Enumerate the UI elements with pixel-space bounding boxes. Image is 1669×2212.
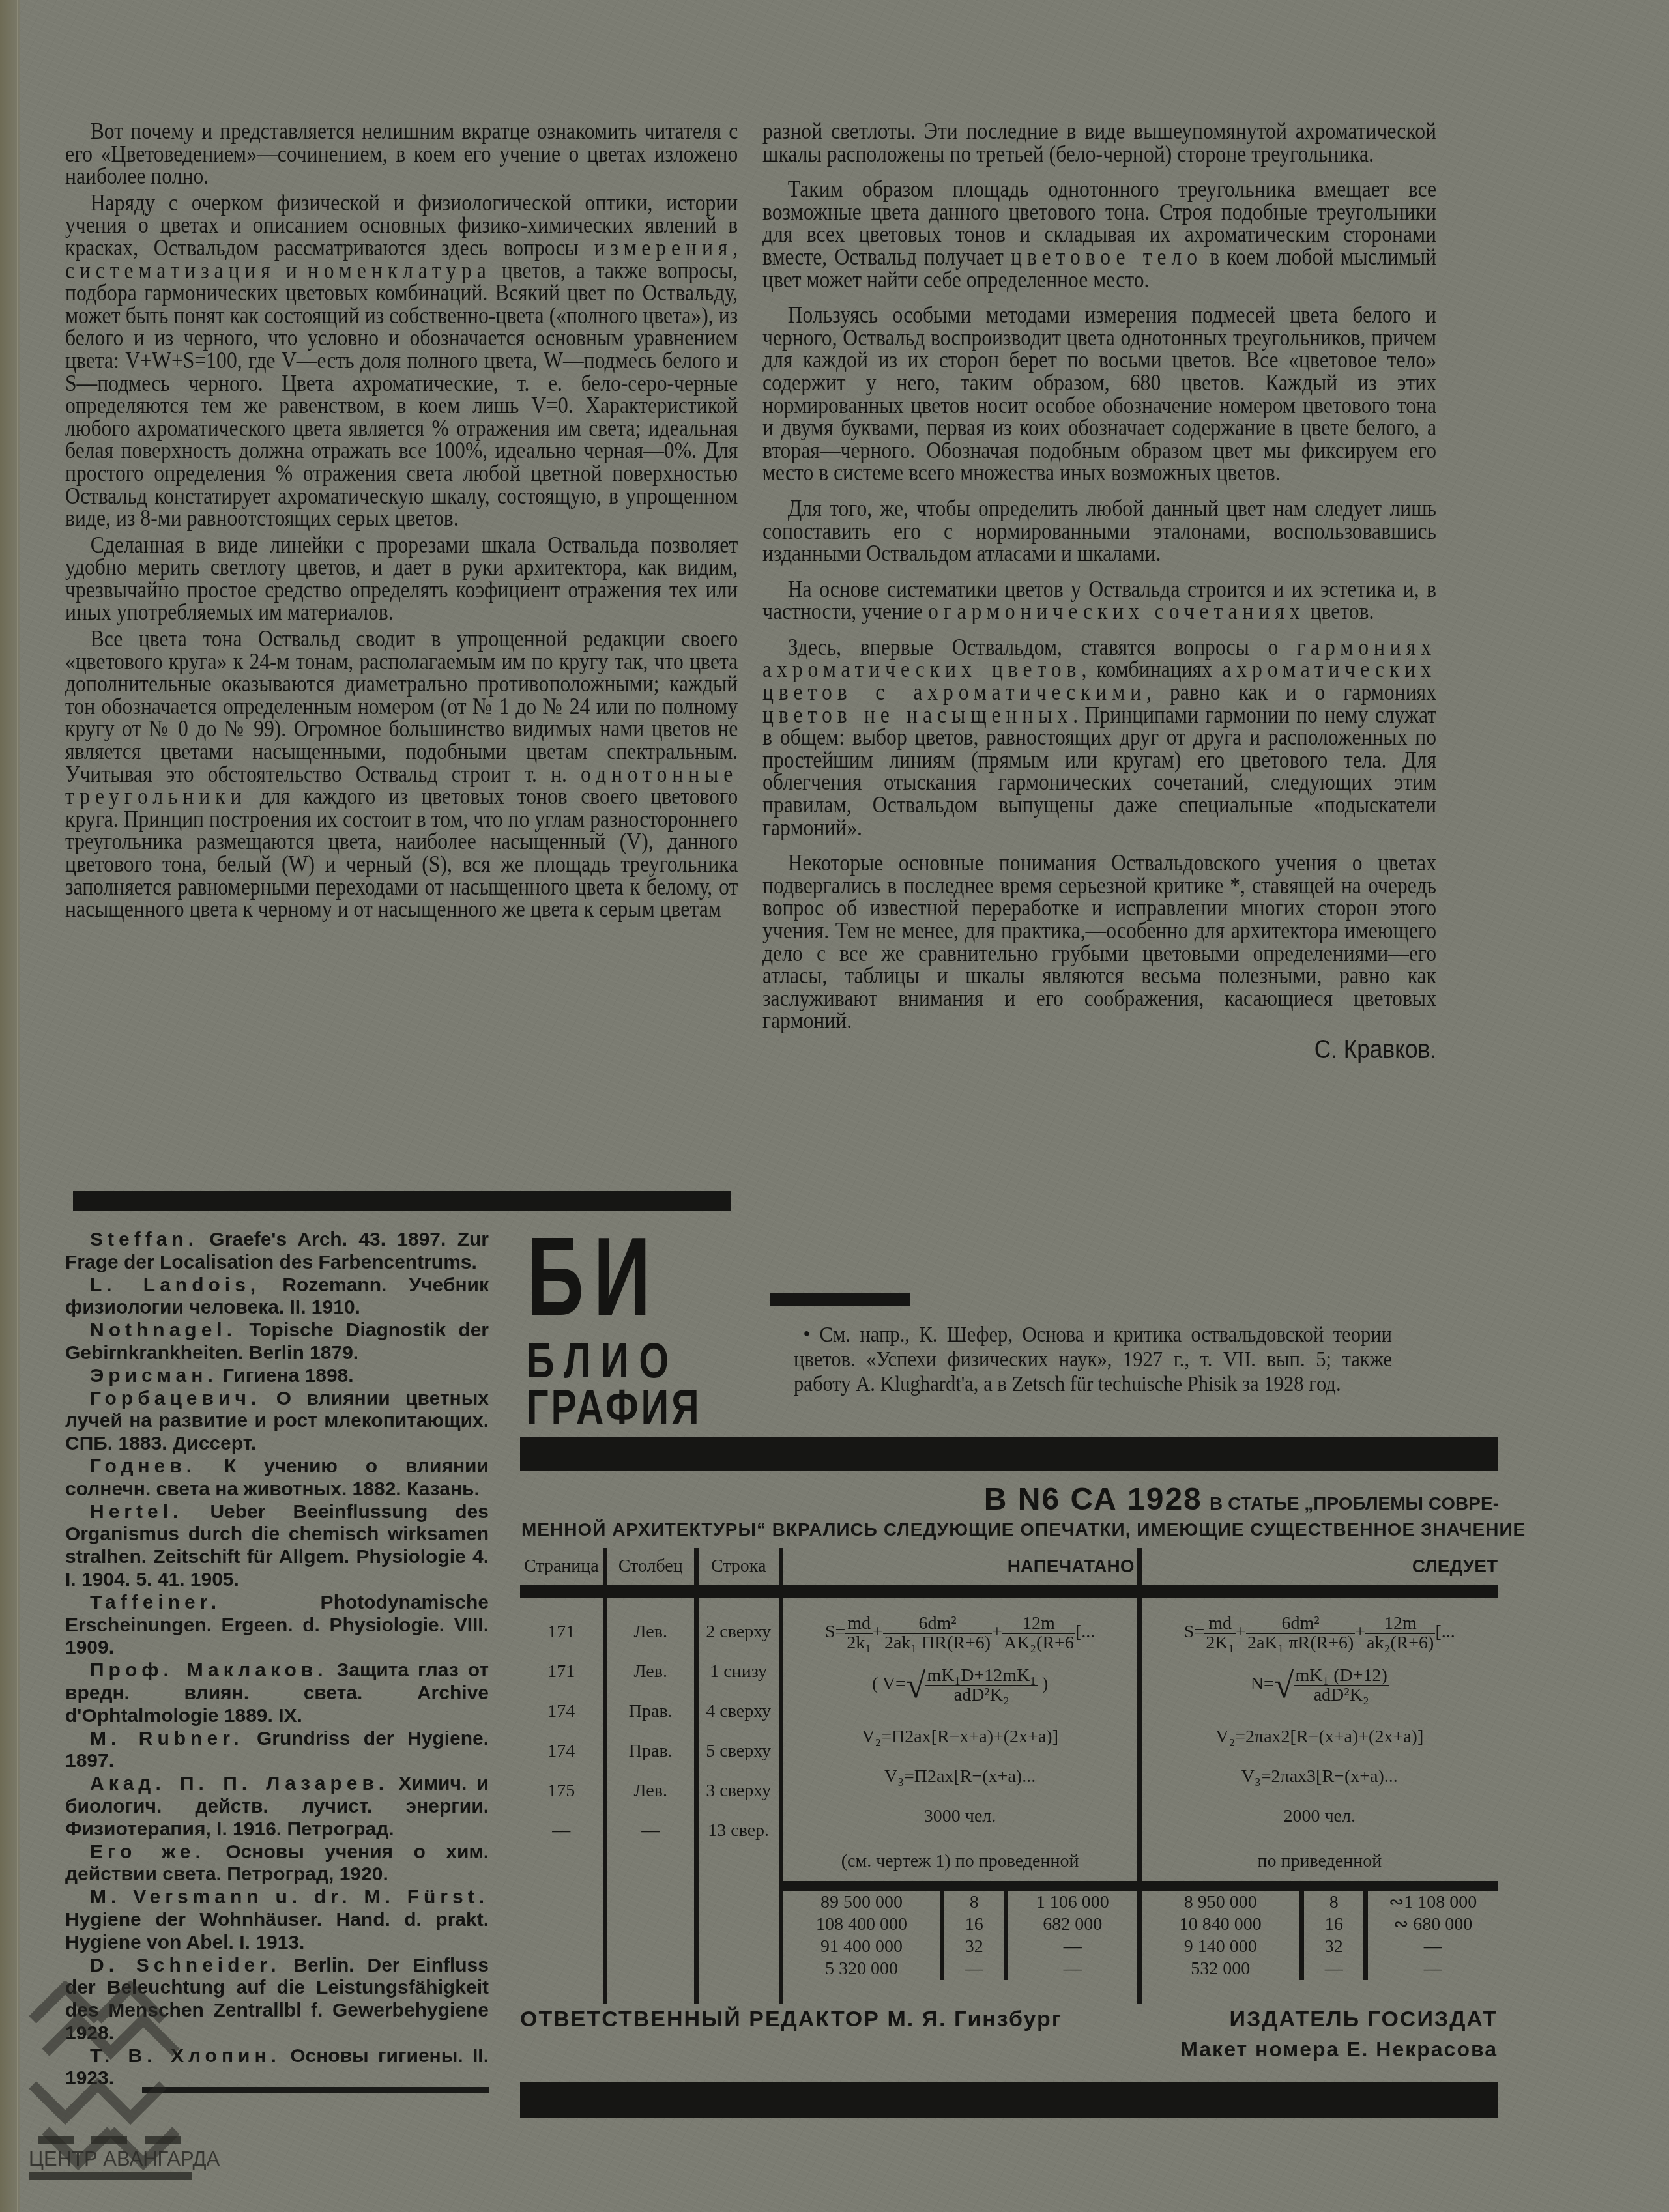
number-column: 89 500 000108 400 00091 400 0005 320 000 [783, 1891, 942, 1980]
errata-header-row: Страница Столбец Строка НАПЕЧАТАНО СЛЕДУ… [520, 1548, 1498, 1585]
number-value: 16 [947, 1914, 1001, 1936]
fraction: mK₁ (D+12)adD²K₂ [1294, 1667, 1388, 1704]
fraction: mK₁D+12mK₁adD²K₂ [925, 1667, 1038, 1704]
formula-v3: V₃=2πax3[R−(x+a)... [1144, 1757, 1495, 1796]
paragraph: разной светлоты. Эти последние в виде вы… [762, 120, 1436, 165]
bibliography-author: Nothnagel. [90, 1319, 237, 1341]
number-value: 91 400 000 [786, 1936, 938, 1958]
col-header-line: Строка [696, 1548, 781, 1585]
errata-cell-page: 171 [523, 1612, 600, 1652]
page-cells: 171171174174175— [520, 1598, 605, 1886]
bibliography-entry: L. Landois, Rozemann. Учебник физиологии… [65, 1274, 489, 1320]
bibliography-entry: Steffan. Graefe's Arch. 43. 1897. Zur Fr… [65, 1229, 489, 1274]
column-cells: Лев.Лев.Прав.Прав.Лев.— [605, 1598, 696, 1886]
credits: ОТВЕТСТВЕННЫЙ РЕДАКТОР М. Я. Гинзбург ИЗ… [520, 2007, 1498, 2061]
bibliography-entry: Годнев. К учению о влиянии солнечн. свет… [65, 1456, 489, 1501]
logo-bar-1 [38, 2136, 74, 2144]
number-value: 10 840 000 [1144, 1914, 1297, 1936]
bibliography-author: Taffeiner. [90, 1592, 221, 1613]
number-value: 8 [1307, 1891, 1361, 1914]
bibliography-author: Горбацевич. [90, 1388, 261, 1409]
spaced-emphasis: цветовое тело [1011, 244, 1202, 270]
number-value: ∾ 680 000 [1371, 1914, 1495, 1936]
author-signature: С. Кравков. [762, 1039, 1436, 1061]
formula-people: 3000 чел. [786, 1796, 1135, 1836]
formula-v3: V₃=Π2ax[R−(x+a)... [786, 1757, 1135, 1796]
errata-cell-column: Лев. [610, 1612, 691, 1652]
errata-cell-column: — [610, 1811, 691, 1850]
correct-cell: S=md2K₁+6dm²2aK₁ πR(R+6)+12mak₂(R+6)[...… [1139, 1598, 1498, 1886]
formula-note: по приведенной [1144, 1841, 1495, 1881]
paragraph: Наряду с очерком физической и физиологич… [65, 192, 738, 530]
bibliography-author: D. Schneider. [90, 1955, 281, 1976]
printed-cell: S=md2k₁+6dm²2ak₁ ΠR(R+6)+12mAK₂(R+6[...(… [781, 1598, 1139, 1886]
errata-cell-column: Прав. [610, 1731, 691, 1771]
correct-numbers: 8 950 00010 840 0009 140 000532 00081632… [1139, 1886, 1498, 2004]
editor-credit: ОТВЕТСТВЕННЫЙ РЕДАКТОР М. Я. Гинзбург [520, 2007, 1062, 2032]
col-header-page: Страница [520, 1548, 605, 1585]
divider-bar-left [73, 1191, 731, 1211]
col-header-column: Столбец [605, 1548, 696, 1585]
bibliography-entry: M. Rubner. Grundriss der Hygiene. 1897. [65, 1728, 489, 1774]
bibliography-author: Проф. Маклаков. [90, 1659, 328, 1681]
divider-bar-bottom [520, 2082, 1498, 2118]
col-header-printed: НАПЕЧАТАНО [781, 1548, 1139, 1585]
errata-cell-column: Лев. [610, 1652, 691, 1691]
fraction: 6dm²2ak₁ ΠR(R+6) [883, 1615, 992, 1652]
article-right-column: разной светлоты. Эти последние в виде вы… [762, 120, 1436, 1061]
errata-cell-page: — [523, 1811, 600, 1850]
errata-cell-page: 175 [523, 1771, 600, 1811]
errata-cell-page: 174 [523, 1691, 600, 1731]
logo-text: ЦЕНТР АВАНГАРДА [29, 2147, 220, 2171]
number-value: 532 000 [1144, 1958, 1297, 1980]
formula-s: S=md2K₁+6dm²2aK₁ πR(R+6)+12mak₂(R+6)[... [1144, 1612, 1495, 1652]
fraction: 12mak₂(R+6) [1365, 1615, 1435, 1652]
divider-bar-short [770, 1293, 910, 1306]
formula-v2: V₂=Π2ax[R−x+a)+(2x+a)] [786, 1717, 1135, 1757]
spaced-emphasis: однотонные треугольники [65, 761, 738, 810]
spaced-emphasis: измерения [594, 235, 733, 261]
paragraph: Для того, же, чтобы определить любой дан… [762, 497, 1436, 565]
spaced-emphasis: систематизация [65, 257, 276, 283]
bibliography-entry: Hertel. Ueber Beeinflussung des Organism… [65, 1501, 489, 1592]
bibliography-entry: Nothnagel. Topische Diagnostik der Gebir… [65, 1319, 489, 1365]
col-header-correct: СЛЕДУЕТ [1139, 1548, 1498, 1585]
errata-cell-line: 5 сверху [701, 1731, 776, 1771]
paragraph: Некоторые основные понимания Оствальдовс… [762, 852, 1436, 1032]
number-value: 682 000 [1011, 1914, 1134, 1936]
number-value: 1 106 000 [1011, 1891, 1134, 1914]
errata-issue: В N6 СА 1928 [984, 1482, 1202, 1517]
paragraph: Все цвета тона Оствальд сводит в упрощен… [65, 627, 738, 921]
number-column: 1 106 000682 000—— [1006, 1891, 1137, 1980]
errata-cell-line: 3 сверху [701, 1771, 776, 1811]
paragraph: Таким образом площадь однотонного треуго… [762, 178, 1436, 291]
errata-table: Страница Столбец Строка НАПЕЧАТАНО СЛЕДУ… [520, 1548, 1498, 2004]
errata-header-rule [520, 1585, 1498, 1598]
errata-cell-column: Прав. [610, 1691, 691, 1731]
bibliography-author: M. Versmann u. dr. M. Fürst. [90, 1886, 489, 1908]
spaced-emphasis: номенклатура [308, 257, 491, 283]
line-cells: 2 сверху1 снизу4 сверху5 сверху3 сверху1… [696, 1598, 781, 1886]
number-value: — [1307, 1958, 1361, 1980]
spine-edge [17, 0, 18, 2212]
logo-bar-3 [145, 2136, 181, 2144]
formula-v2: V₂=2πax2[R−(x+a)+(2x+a)] [1144, 1717, 1495, 1757]
fraction: 6dm²2aK₁ πR(R+6) [1246, 1615, 1355, 1652]
number-value: 9 140 000 [1144, 1936, 1297, 1958]
number-column: ∾1 108 000∾ 680 000—— [1366, 1891, 1498, 1980]
paragraph: На основе систематики цветов у Оствальда… [762, 578, 1436, 623]
spaced-emphasis: гармонических сочетаниях [944, 598, 1305, 624]
errata-cell-page: 171 [523, 1652, 600, 1691]
number-value: 32 [947, 1936, 1001, 1958]
bibliography-entry: Акад. П. П. Лазарев. Химич. и биологич. … [65, 1773, 489, 1841]
fraction: 12mAK₂(R+6 [1002, 1615, 1075, 1652]
bibliography-author: Hertel. [90, 1501, 182, 1523]
number-value: 16 [1307, 1914, 1361, 1936]
paragraph: Здесь, впервые Оствальдом, ставятся вопр… [762, 636, 1436, 839]
number-column: 81632— [942, 1891, 1006, 1980]
paragraph: Пользуясь особыми методами измерения под… [762, 304, 1436, 484]
bibliography-author: Акад. П. П. Лазарев. [90, 1773, 388, 1794]
number-value: 108 400 000 [786, 1914, 938, 1936]
number-column: 8 950 00010 840 0009 140 000532 000 [1142, 1891, 1302, 1980]
bibliography-entry: Taffeiner. Photodynamische Erscheinungen… [65, 1592, 489, 1659]
errata-cell-line: 13 свер. [701, 1811, 776, 1850]
article-left-column: Вот почему и представляется нелишним вкр… [65, 120, 738, 921]
layout-credit: Макет номера Е. Некрасова [520, 2037, 1498, 2061]
footnote: • См. напр., К. Шефер, Основа и критика … [794, 1323, 1392, 1397]
footnote-text: • См. напр., К. Шефер, Основа и критика … [794, 1323, 1392, 1397]
publisher-credit: ИЗДАТЕЛЬ ГОСИЗДАТ [1230, 2007, 1498, 2032]
errata-heading: В N6 СА 1928 В СТАТЬЕ „ПРОБЛЕМЫ СОВРЕ- М… [521, 1486, 1499, 1542]
paragraph: Вот почему и представляется нелишним вкр… [65, 120, 738, 188]
spaced-emphasis: цветов не насыщенных [762, 702, 1073, 728]
bibliography-author: Годнев. [90, 1456, 196, 1477]
errata-heading-line-2: МЕННОЙ АРХИТЕКТУРЫ“ ВКРАЛИСЬ СЛЕДУЮЩИЕ О… [521, 1518, 1499, 1542]
bibliography-title-line-1: БИ [527, 1228, 682, 1326]
bibliography-title: БИ БЛИО ГРАФИЯ [527, 1228, 742, 1431]
logo-underline [29, 2172, 192, 2180]
number-value: — [1011, 1958, 1134, 1980]
bibliography-entry: M. Versmann u. dr. M. Fürst. Hygiene der… [65, 1886, 489, 1954]
bibliography-author: Эрисман. [90, 1365, 218, 1386]
errata-heading-small: В СТАТЬЕ „ПРОБЛЕМЫ СОВРЕ- [1210, 1493, 1499, 1514]
number-value: — [1011, 1936, 1134, 1958]
errata-cell-line: 1 снизу [701, 1652, 776, 1691]
number-value: — [1371, 1958, 1495, 1980]
bibliography-entry: Проф. Маклаков. Защита глаз от вредн. вл… [65, 1659, 489, 1727]
formula-people: 2000 чел. [1144, 1796, 1495, 1836]
number-value: — [947, 1958, 1001, 1980]
number-value: 8 [947, 1891, 1001, 1914]
number-value: 8 950 000 [1144, 1891, 1297, 1914]
errata-cell-column: Лев. [610, 1771, 691, 1811]
errata-cell-page: 174 [523, 1731, 600, 1771]
number-value: 89 500 000 [786, 1891, 938, 1914]
bibliography-author: Steffan. [90, 1229, 198, 1250]
bibliography-author: Его же. [90, 1841, 205, 1863]
errata-cell-line: 2 сверху [701, 1612, 776, 1652]
formula-v: N=√mK₁ (D+12)adD²K₂ [1144, 1652, 1495, 1717]
fraction: md2k₁ [845, 1615, 873, 1652]
bibliography-title-line-2: БЛИО [527, 1338, 694, 1385]
printed-numbers: 89 500 000108 400 00091 400 0005 320 000… [781, 1886, 1139, 2004]
bibliography-author: L. Landois, [90, 1274, 260, 1296]
paragraph: Сделанная в виде линейки с прорезами шка… [65, 534, 738, 624]
number-value: 32 [1307, 1936, 1361, 1958]
formula-s: S=md2k₁+6dm²2ak₁ ΠR(R+6)+12mAK₂(R+6[... [786, 1612, 1135, 1652]
bibliography-author: M. Rubner. [90, 1728, 243, 1749]
logo-bar-2 [91, 2136, 127, 2144]
bibliography-entry: Его же. Основы учения о хим. действии св… [65, 1841, 489, 1887]
bibliography-list: Steffan. Graefe's Arch. 43. 1897. Zur Fr… [65, 1229, 489, 2090]
bibliography-entry: Эрисман. Гигиена 1898. [65, 1365, 489, 1388]
formula-v: ( V=√mK₁D+12mK₁adD²K₂ ) [786, 1652, 1135, 1717]
number-value: 5 320 000 [786, 1958, 938, 1980]
bibliography-entry: Горбацевич. О влиянии цветных лучей на р… [65, 1388, 489, 1456]
divider-bar-errata-top [520, 1437, 1498, 1471]
errata-cell-line: 4 сверху [701, 1691, 776, 1731]
number-value: — [1371, 1936, 1495, 1958]
number-column: 81632— [1301, 1891, 1365, 1980]
number-value: ∾1 108 000 [1371, 1891, 1495, 1914]
fraction: md2K₁ [1204, 1615, 1236, 1652]
errata-body: 171171174174175— Лев.Лев.Прав.Прав.Лев.—… [520, 1598, 1498, 1886]
bibliography-title-line-3: ГРАФИЯ [527, 1385, 694, 1431]
formula-note: (см. чертеж 1) по проведенной [786, 1841, 1135, 1881]
errata-numbers-row: 89 500 000108 400 00091 400 0005 320 000… [520, 1886, 1498, 2004]
